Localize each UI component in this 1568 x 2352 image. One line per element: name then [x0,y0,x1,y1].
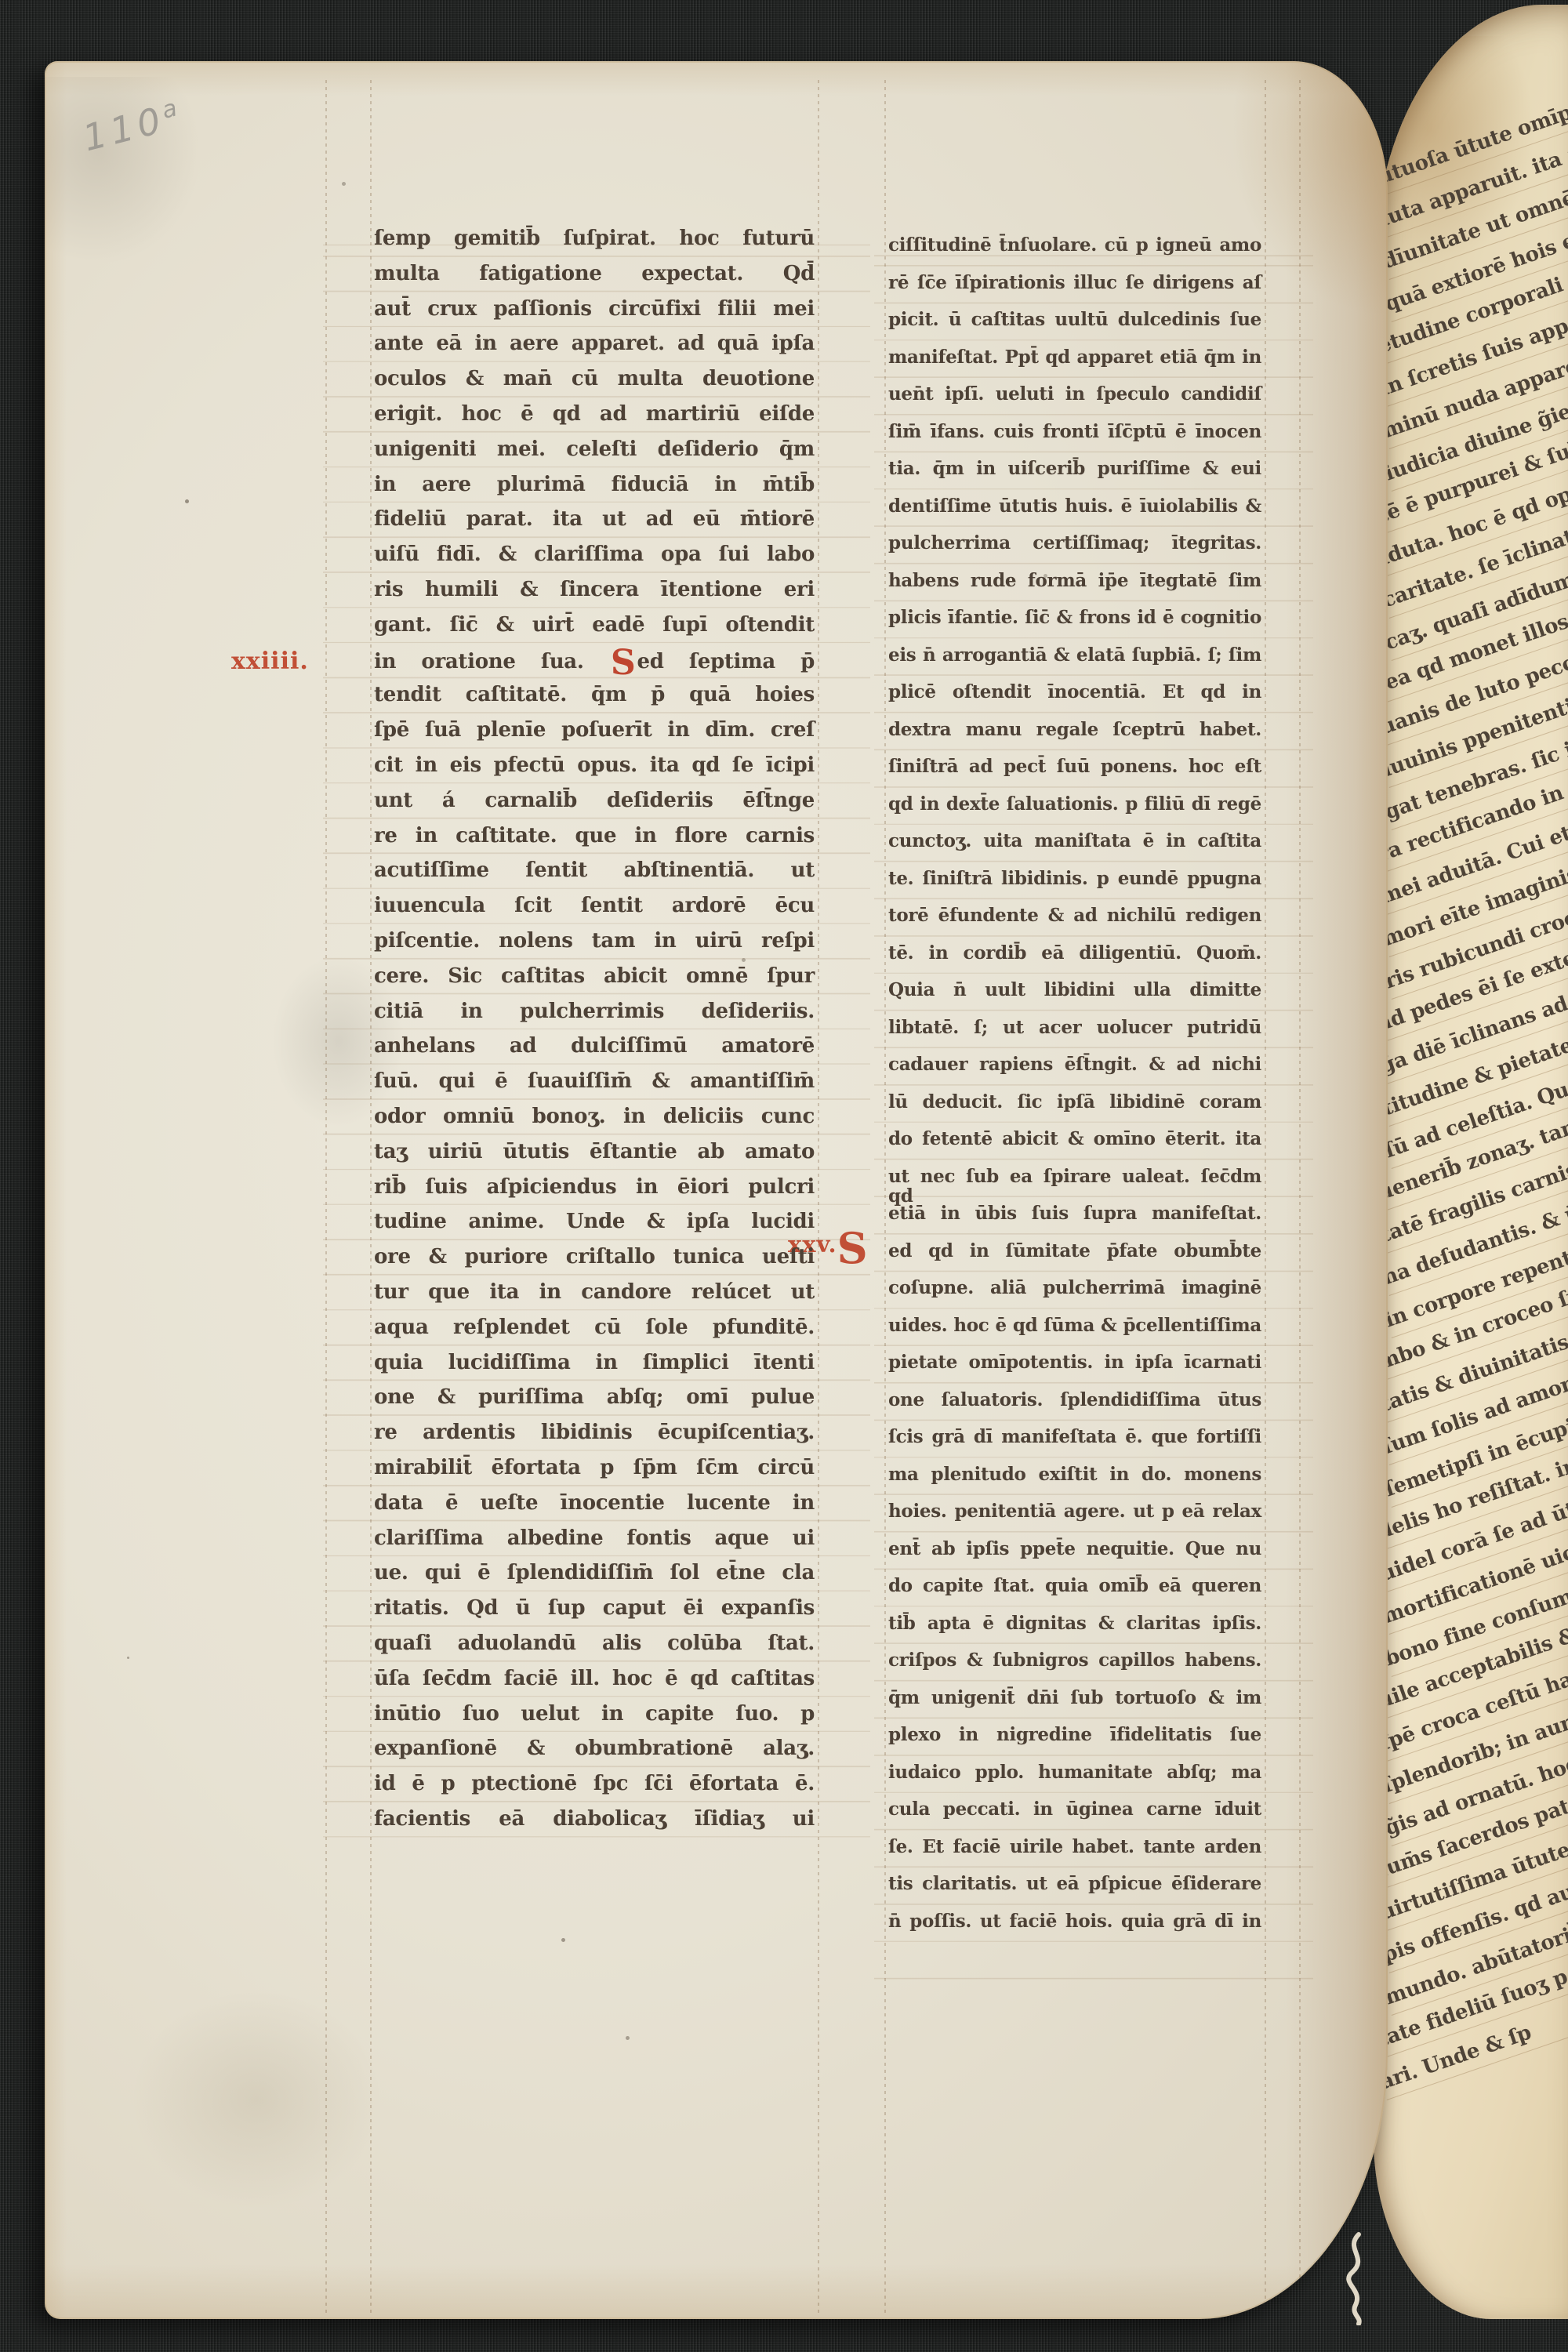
manuscript-text-line: tudine anime. Unde & ipſa lucidi [374,1210,815,1233]
manuscript-text-line: tib̄ apta ē dignitas & claritas ipſis. [888,1613,1261,1633]
manuscript-text-line: inūtio ſuo uelut in capite ſuo. p [374,1703,815,1726]
manuscript-text-line: ſim̄ īfans. cuis fronti īſc̄ptū ē īnocen [888,422,1261,441]
manuscript-text-line: lū deducit. ſic ipſā libidinē coram [888,1092,1261,1112]
manuscript-text-line: taʒ uiriū ūtutis ēſtantie ab amato [374,1141,815,1163]
manuscript-text-line: mirabilit̄ ēfortata p ſp̄m ſc̄m circū [374,1457,815,1479]
manuscript-text-line: expanſionē & obumbrationē alaʒ. [374,1737,815,1760]
text-column-2: ciſſitudinē t̄nſuolare. cū p igneū amorē… [888,235,1261,1995]
manuscript-text-line: Quia n̄ uult libidini ulla dimitte [888,980,1261,1000]
manuscript-text-line: ſpē ſuā plenīe poſuerīt in dīm. creſ [374,719,815,742]
manuscript-text-line: fideliū parat. ita ut ad eū m̄tiorē [374,508,815,531]
manuscript-page: 110a xxiiii. xxv.S ſemp gemitib̄ ſuſpira… [45,61,1388,2319]
manuscript-text-line: facientis eā diabolicaʒ īſidiaʒ ui [374,1808,815,1831]
manuscript-text-line: piſcentie. nolens tam in uirū reſpi [374,930,815,953]
manuscript-text-line: tia. q̄m in uiſcerib̄ puriſſime & eui [888,459,1261,478]
manuscript-text-line: oculos & man̄ cū multa deuotione [374,368,815,390]
manuscript-text-line: ciſſitudinē t̄nſuolare. cū p igneū amo [888,235,1261,255]
manuscript-text-line: ore & puriore criſtallo tunica ueſti [374,1246,815,1269]
manuscript-text-line: ed qd in ſūmitate p̄fate obumb̄te [888,1241,1261,1261]
manuscript-text-line: cadauer rapiens ēſt̄ngit. & ad nichi [888,1054,1261,1074]
chapter-numeral-24: xxiiii. [231,648,309,675]
manuscript-text-line: multa fatigatione expectat. Qd̄ [374,263,815,285]
manuscript-text-line: torē ēfundente & ad nichilū redigen [888,906,1261,925]
manuscript-text-line: one & puriſſima abſq; omī pulue [374,1386,815,1409]
ruling-vertical-line [884,80,886,2313]
manuscript-text-line: ſe. Et faciē uirile habet. tante arden [888,1837,1261,1857]
facing-page: ūtuoſa ūtute omīpoteiuta apparuit. ita a… [1374,5,1568,2319]
manuscript-photo: { "colors": { "fabric_background": "#1f2… [0,0,1568,2352]
manuscript-text-line: acutiſſime ſentit abſtinentiā. ut [374,859,815,882]
manuscript-text-line: dextra manu regale ſceptrū habet. [888,720,1261,739]
folio-number-pencil: 110a [78,93,187,159]
manuscript-text-line: uen̄t ipſī. ueluti in ſpeculo candidiſ [888,384,1261,404]
manuscript-text-line: tē. in cordib̄ eā diligentiū. Quom̄. [888,943,1261,963]
rubricated-initial: S [609,642,637,683]
manuscript-text-line: tur que ita in candore relúcet ut [374,1281,815,1304]
manuscript-text-line: tis claritatis. ut eā pſpicue ēſiderare [888,1874,1261,1893]
manuscript-text-line: anhelans ad dulciſſimū amatorē [374,1035,815,1058]
manuscript-text-line: cula peccati. in ūginea carne īduit [888,1799,1261,1819]
manuscript-text-line: rē ſc̄e īſpirationis illuc ſe dirigens a… [888,273,1261,292]
loose-thread [1329,2231,1399,2328]
manuscript-text-line: iudaico pplo. humanitate abſq; ma [888,1762,1261,1782]
manuscript-text-line: odor omniū bonoʒ. in deliciis cunc [374,1105,815,1128]
manuscript-text-line: ue. qui ē ſplendidiſſim̄ ſol et̄ne cla [374,1562,815,1584]
manuscript-text-line: manifeſtat. Ppt̄ qd apparet etiā q̄m in [888,347,1261,367]
manuscript-text-line: uides. hoc ē qd ſūma & p̄cellentiſſima [888,1316,1261,1335]
manuscript-text-line: dentiſſime ūtutis huis. ē īuiolabilis & [888,496,1261,516]
manuscript-text-line: cunctoʒ. uita maniſtata ē in caſtita [888,831,1261,851]
manuscript-text-line: plexo in nigredine īfidelitatis ſue [888,1725,1261,1744]
manuscript-text-line: iuuencula ſcit ſentit ardorē ēcu [374,895,815,917]
manuscript-text-line: etiā in ūbis ſuis ſupra manifeſtat. [888,1203,1261,1223]
manuscript-text-line: do capite ſtat. quia omīb̄ eā queren [888,1576,1261,1595]
manuscript-text-line: ante eā in aere apparet. ad quā ipſa [374,332,815,355]
manuscript-text-line: tendit caſtitatē. q̄m p̄ quā hoies [374,684,815,706]
manuscript-text-line: q̄m unigenit̄ dn̄i ſub tortuoſo & im [888,1688,1261,1708]
manuscript-text-line: libtatē. ſ; ut acer uolucer putridū [888,1018,1261,1037]
parchment-specks [45,61,47,64]
manuscript-text-line: ent̄ ab ipſis ppet̄e nequitie. Que nu [888,1539,1261,1559]
manuscript-text-line: data ē ueſte īnocentie lucente in [374,1492,815,1515]
chapter-25-initial: S [837,1223,869,1273]
manuscript-text-line: pietate omīpotentis. in ipſa īcarnati [888,1352,1261,1372]
ruling-vertical-line [818,80,819,2313]
manuscript-text-line: do fetentē abicit & omīno ēterit. ita [888,1129,1261,1149]
manuscript-text-line: eis n̄ arrogantiā & elatā ſupbiā. ſ; ſim [888,645,1261,665]
manuscript-text-line: clariſſima albedine fontis aque ui [374,1527,815,1550]
manuscript-text-line: n̄ poſſis. ut faciē hois. quia grā dī in [888,1911,1261,1931]
manuscript-text-line: aut̄ crux paſſionis circūfixi filii mei [374,298,815,321]
manuscript-text-line: plicis īfantie. ſic̄ & frons id ē cognit… [888,608,1261,627]
manuscript-text-line: cere. Sic caſtitas abicit omnē ſpur [374,965,815,988]
manuscript-text-line: criſpos & ſubnigros capillos habens. [888,1650,1261,1670]
ruling-vertical-line [1265,80,1266,2313]
manuscript-text-line: qd in dext̄e ſaluationis. p filiū dī reg… [888,794,1261,814]
manuscript-text-line: ſiniſtrā ad pect̄ ſuū ponens. hoc eſt [888,757,1261,776]
manuscript-text-line: ut nec ſub ea ſpirare ualeat. ſec̄dm qd [888,1167,1261,1207]
manuscript-text-line: ma plenitudo exiſtit in do. monens [888,1465,1261,1484]
manuscript-text-line: picit. ū caſtitas uultū dulcedinis ſue [888,310,1261,329]
manuscript-text-line: ſuū. qui ē ſuauiſſim̄ & amantiſſim̄ [374,1070,815,1093]
ruling-vertical-line [325,80,327,2313]
manuscript-text-line: one ſaluatoris. ſplendidiſſima ūtus [888,1390,1261,1410]
ruling-vertical-line [1299,80,1301,2313]
manuscript-text-line: re ardentis libidinis ēcupiſcentiaʒ. [374,1421,815,1444]
text-column-1: ſemp gemitib̄ ſuſpirat. hoc futurūmulta … [374,227,815,1854]
manuscript-text-line: aqua reſplendet cū ſole pfunditē. [374,1316,815,1339]
manuscript-text-line: ſemp gemitib̄ ſuſpirat. hoc futurū [374,227,815,250]
manuscript-text-line: unt á carnalib̄ deſideriis ēſt̄nge [374,789,815,812]
manuscript-text-line: ris humili & ſincera ītentione eri [374,579,815,601]
manuscript-text-line: pulcherrima certiſſimaq; ītegritas. [888,533,1261,553]
smudge [131,1990,382,2209]
manuscript-text-line: re in caſtitate. que in flore carnis [374,825,815,848]
manuscript-text-line: hoies. penitentiā agere. ut p eā relax [888,1501,1261,1521]
manuscript-text-line: gant. ſic̄ & uirt̄ eadē ſupī oſtendit [374,614,815,637]
manuscript-text-line: uiſū fidī. & clariſſima opa ſui labo [374,543,815,566]
manuscript-text-line: in oratione ſua. Sed ſeptima p̄ [374,649,815,677]
thread-squiggle [1329,2231,1399,2325]
manuscript-text-line: erigit. hoc ē qd ad martiriū eiſde [374,403,815,426]
manuscript-text-line: unigeniti mei. celeſti deſiderio q̄m [374,438,815,461]
manuscript-text-line: coſupne. aliā pulcherrimā imaginē [888,1278,1261,1298]
manuscript-text-line: citiā in pulcherrimis deſideriis. [374,1000,815,1023]
manuscript-text-line: ritatis. Qd ū ſup caput ēi expanſis [374,1597,815,1620]
ruling-vertical-line [370,80,372,2313]
manuscript-text-line: habens rude formā ip̄e ītegtatē ſim [888,571,1261,590]
manuscript-text-line: te. ſiniſtrā libidinis. p eundē ppugna [888,869,1261,888]
manuscript-text-line: plicē oſtendit īnocentiā. Et qd in [888,682,1261,702]
manuscript-text-line: ſcis grā dī manifeſtata ē. que fortiſſi [888,1427,1261,1446]
manuscript-text-line: in aere plurimā fiduciā in m̄tib̄ [374,474,815,496]
manuscript-text-line: quia lucidiſſima in ſimplici ītenti [374,1352,815,1374]
manuscript-text-line: cit in eis pfectū opus. ita qd ſe īcipi [374,754,815,777]
manuscript-text-line: ūſa ſec̄dm faciē ill. hoc ē qd caſtitas [374,1668,815,1690]
manuscript-text-line: id ē p ptectionē ſpc ſc̄i ēfortata ē. [374,1773,815,1795]
manuscript-text-line: rib̄ ſuis aſpiciendus in ēiori pulcri [374,1176,815,1199]
manuscript-text-line: quaſi aduolandū alis colūba ſtat. [374,1632,815,1655]
